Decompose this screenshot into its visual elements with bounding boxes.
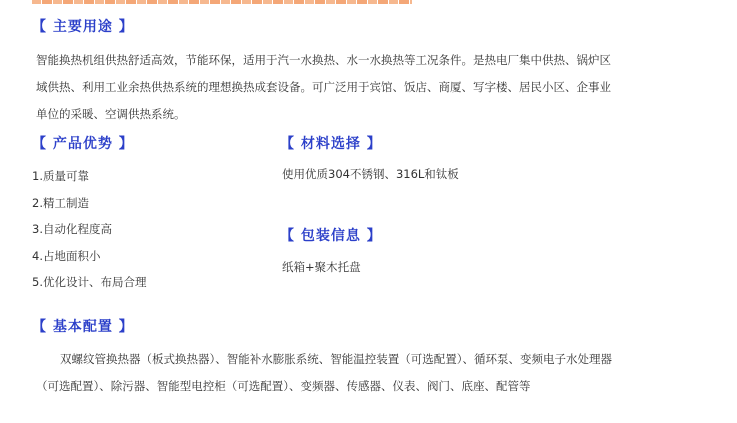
packaging-text: 纸箱+聚木托盘 bbox=[282, 254, 361, 281]
advantage-item: 1.质量可靠 bbox=[32, 163, 146, 190]
config-line-2: （可选配置）、除污器、智能型电控柜（可选配置）、变频器、传感器、仪表、阀门、底座… bbox=[36, 373, 612, 400]
advantage-item: 3.自动化程度高 bbox=[32, 216, 146, 243]
material-text: 使用优质304不锈钢、316L和钛板 bbox=[282, 161, 459, 188]
section-title-material: 【 材料选择 】 bbox=[280, 133, 382, 153]
config-paragraph: 双螺纹管换热器（板式换热器）、智能补水膨胀系统、智能温控装置（可选配置）、循环泵… bbox=[36, 346, 612, 400]
section-title-advantages: 【 产品优势 】 bbox=[32, 133, 134, 153]
section-title-config: 【 基本配置 】 bbox=[32, 316, 134, 336]
main-use-paragraph: 智能换热机组供热舒适高效，节能环保，适用于汽一水换热、水一水换热等工况条件。是热… bbox=[36, 47, 611, 128]
advantage-item: 5.优化设计、布局合理 bbox=[32, 269, 146, 296]
advantage-item: 2.精工制造 bbox=[32, 190, 146, 217]
advantage-item: 4.占地面积小 bbox=[32, 243, 146, 270]
clipped-top-text bbox=[32, 0, 412, 5]
main-use-line-2: 域供热、利用工业余热供热系统的理想换热成套设备。可广泛用于宾馆、饭店、商厦、写字… bbox=[36, 74, 611, 101]
main-use-line-3: 单位的采暖、空调供热系统。 bbox=[36, 101, 611, 128]
config-line-1: 双螺纹管换热器（板式换热器）、智能补水膨胀系统、智能温控装置（可选配置）、循环泵… bbox=[36, 346, 612, 373]
section-title-main-use: 【 主要用途 】 bbox=[32, 16, 134, 36]
clipped-text-fragment bbox=[32, 0, 412, 4]
section-title-packaging: 【 包装信息 】 bbox=[280, 225, 382, 245]
main-use-line-1: 智能换热机组供热舒适高效，节能环保，适用于汽一水换热、水一水换热等工况条件。是热… bbox=[36, 47, 611, 74]
advantages-list: 1.质量可靠 2.精工制造 3.自动化程度高 4.占地面积小 5.优化设计、布局… bbox=[32, 163, 146, 296]
